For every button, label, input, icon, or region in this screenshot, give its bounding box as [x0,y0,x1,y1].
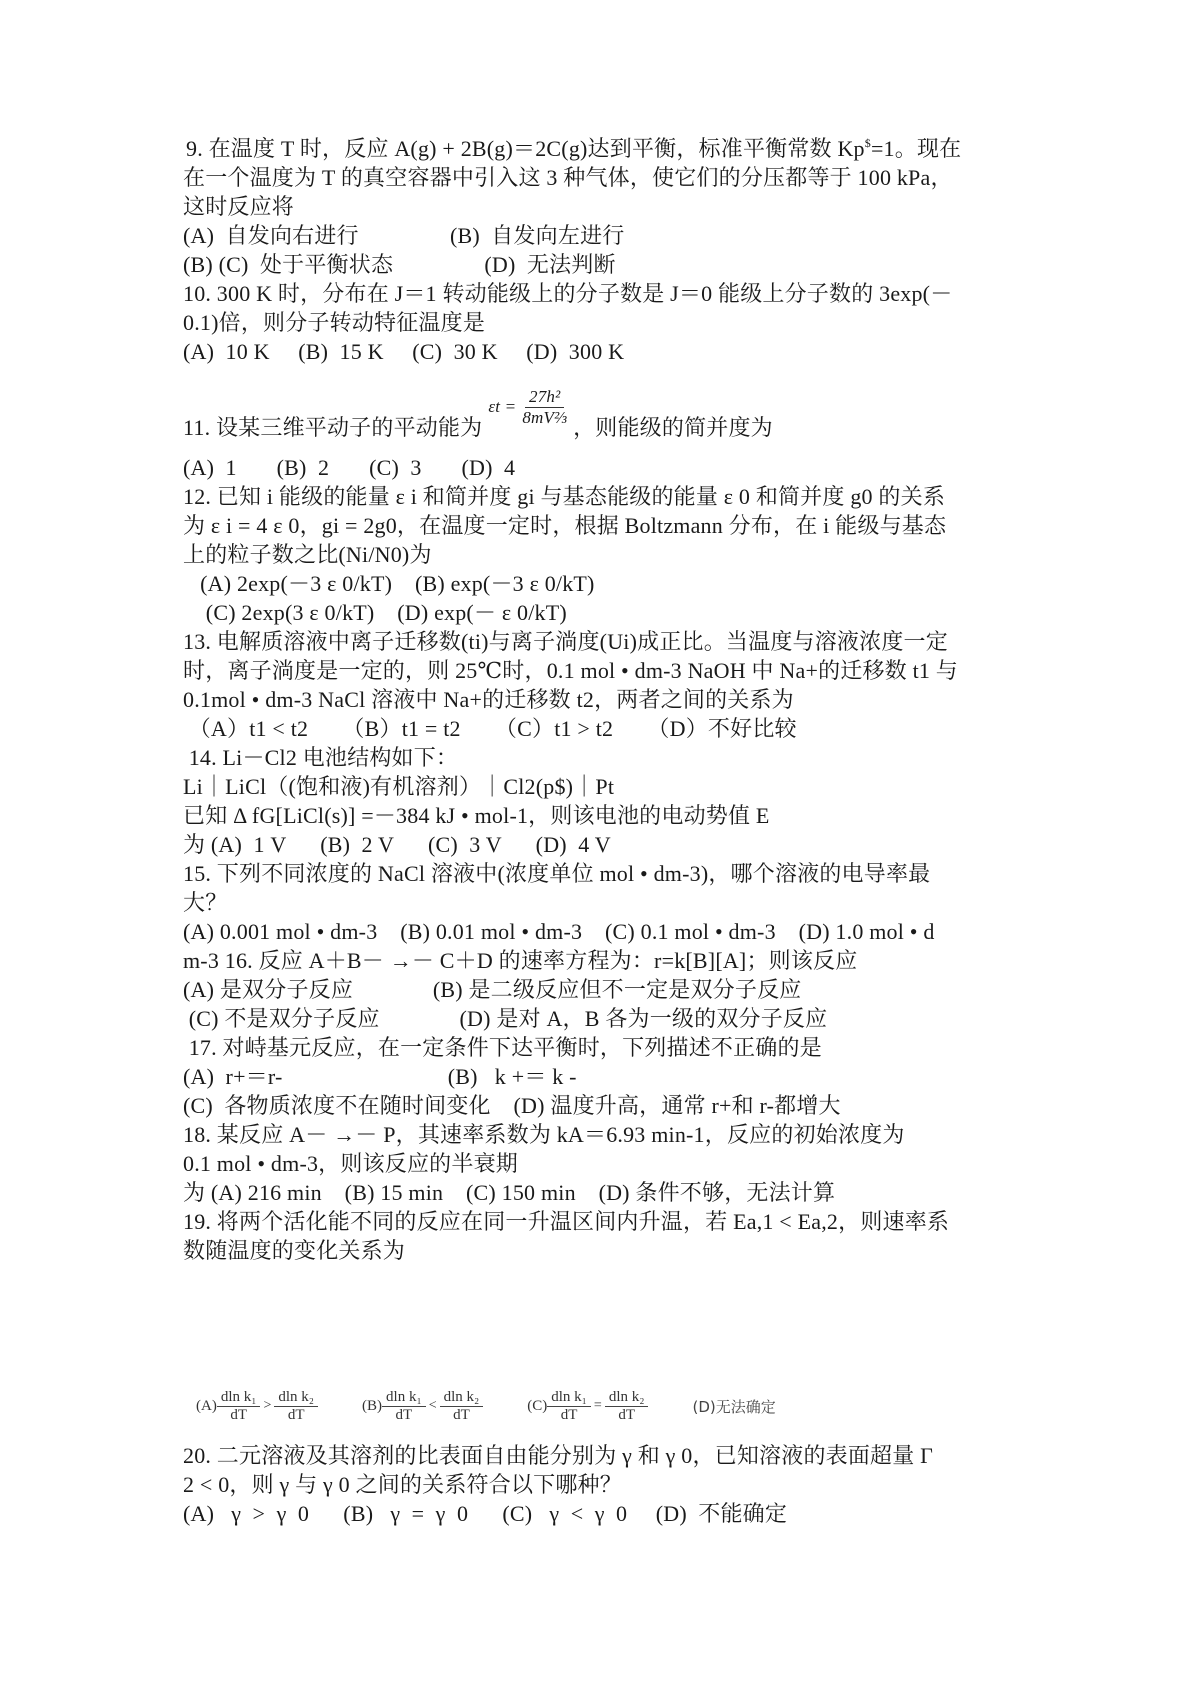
q16-options-1: (A) 是双分子反应 (B) 是二级反应但不一定是双分子反应 [183,975,801,1005]
q19-option-c: (C) dln k₁dT = dln k₂dT [527,1389,648,1424]
q12-line-1: 12. 已知 i 能级的能量 ε i 和简并度 gi 与基态能级的能量 ε 0 … [183,482,945,512]
q19-line-1: 19. 将两个活化能不同的反应在同一升温区间内升温，若 Ea,1 < Ea,2，… [183,1207,949,1237]
q19-option-a: (A) dln k₁dT > dln k₂dT [196,1389,318,1424]
q9-line-1: 9. 在温度 T 时，反应 A(g) + 2B(g)＝2C(g)达到平衡，标准平… [186,134,961,164]
q9-line-3: 这时反应将 [183,192,294,222]
q9-line-2: 在一个温度为 T 的真空容器中引入这 3 种气体，使它们的分压都等于 100 k… [183,163,953,193]
q10-options: (A) 10 K (B) 15 K (C) 30 K (D) 300 K [183,337,624,367]
q11-options: (A) 1 (B) 2 (C) 3 (D) 4 [183,453,515,483]
q10-line-1: 10. 300 K 时，分布在 J＝1 转动能级上的分子数是 J＝0 能级上分子… [183,279,952,309]
q16-options-2: (C) 不是双分子反应 (D) 是对 A，B 各为一级的双分子反应 [183,1004,827,1034]
q12-line-3: 上的粒子数之比(Ni/N0)为 [183,540,432,570]
q13-options: （A）t1 < t2 （B）t1 = t2 （C）t1 > t2 （D）不好比较 [183,714,797,744]
q19-option-d: (D)无法确定 [692,1396,775,1417]
q20-options: (A) γ > γ 0 (B) γ = γ 0 (C) γ < γ 0 (D) … [183,1499,787,1529]
q14-line-1: 14. Li－Cl2 电池结构如下： [183,743,458,773]
q18-options: 为 (A) 216 min (B) 15 min (C) 150 min (D)… [183,1178,835,1208]
q20-line-1: 20. 二元溶液及其溶剂的比表面自由能分别为 γ 和 γ 0，已知溶液的表面超量… [183,1441,933,1471]
q17-line-1: 17. 对峙基元反应，在一定条件下达平衡时，下列描述不正确的是 [183,1033,822,1063]
q12-line-2: 为 ε i = 4 ε 0，gi = 2g0，在温度一定时，根据 Boltzma… [183,511,946,541]
q14-options: 为 (A) 1 V (B) 2 V (C) 3 V (D) 4 V [183,830,611,860]
q10-line-2: 0.1)倍，则分子转动特征温度是 [183,308,485,338]
q17-options-1: (A) r+＝r- (B) k +＝ k - [183,1062,577,1092]
q19-option-b: (B) dln k₁dT < dln k₂dT [362,1389,483,1424]
q9-options-2: (B) (C) 处于平衡状态 (D) 无法判断 [183,250,616,280]
q12-options-2: (C) 2exp(3 ε 0/kT) (D) exp(－ ε 0/kT) [183,598,567,628]
q13-line-2: 时，离子淌度是一定的，则 25℃时，0.1 mol • dm-3 NaOH 中 … [183,656,958,686]
exam-page: 9. 在温度 T 时，反应 A(g) + 2B(g)＝2C(g)达到平衡，标准平… [0,0,1200,1697]
q15-line-2: 大？ [183,888,227,918]
q17-options-2: (C) 各物质浓度不在随时间变化 (D) 温度升高，通常 r+和 r-都增大 [183,1091,841,1121]
q20-line-2: 2 < 0，则 γ 与 γ 0 之间的关系符合以下哪种？ [183,1470,622,1500]
q18-line-2: 0.1 mol • dm-3，则该反应的半衰期 [183,1149,518,1179]
q16-line-1: m-3 16. 反应 A＋B－ →－ C＋D 的速率方程为：r=k[B][A]；… [183,946,857,976]
q18-line-1: 18. 某反应 A－ →－ P，其速率系数为 kA＝6.93 min-1，反应的… [183,1120,905,1150]
q9-options-1: (A) 自发向右进行 (B) 自发向左进行 [183,221,624,251]
q14-line-3: 已知 Δ fG[LiCl(s)] =－384 kJ • mol-1，则该电池的电… [183,801,770,831]
q11-line-1: 11. 设某三维平动子的平动能为 εt = 27h² 8mV⅔ ，则能级的简并度… [183,383,773,443]
q15-options: (A) 0.001 mol • dm-3 (B) 0.01 mol • dm-3… [183,917,935,947]
q13-line-3: 0.1mol • dm-3 NaCl 溶液中 Na+的迁移数 t2，两者之间的关… [183,685,794,715]
q19-line-2: 数随温度的变化关系为 [183,1236,405,1266]
q19-formula-options: (A) dln k₁dT > dln k₂dT (B) dln k₁dT < d… [196,1383,976,1429]
q14-cell-notation: Li｜LiCl（(饱和液)有机溶剂）｜Cl2(p$)｜Pt [183,772,614,802]
translational-energy-formula: εt = 27h² 8mV⅔ [488,377,571,437]
q13-line-1: 13. 电解质溶液中离子迁移数(ti)与离子淌度(Ui)成正比。当温度与溶液浓度… [183,627,948,657]
q12-options-1: (A) 2exp(－3 ε 0/kT) (B) exp(－3 ε 0/kT) [183,569,595,599]
q15-line-1: 15. 下列不同浓度的 NaCl 溶液中(浓度单位 mol • dm-3)，哪个… [183,859,930,889]
